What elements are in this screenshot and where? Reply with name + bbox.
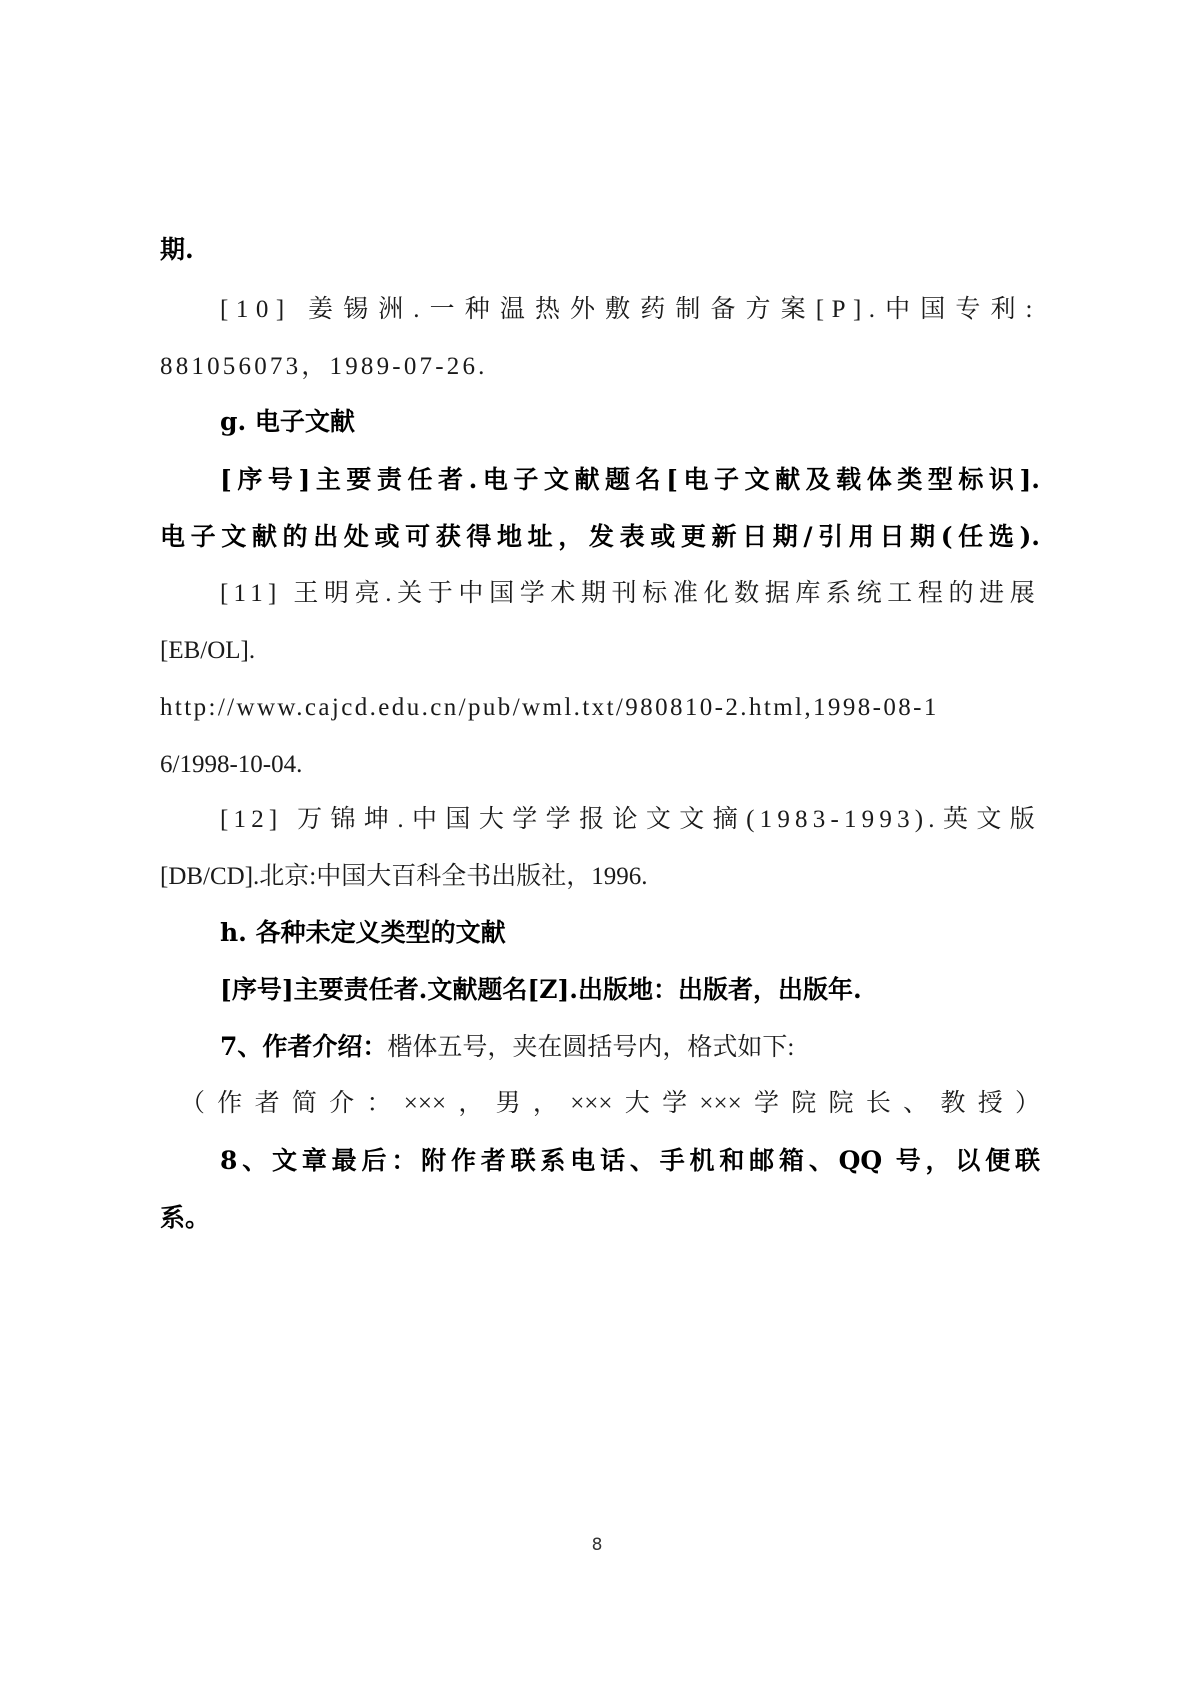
author-intro-text: 楷体五号，夹在圆括号内，格式如下: [387,1034,794,1061]
continuation-line: 期. [160,230,1040,270]
article-end-note-line-1: 8、文章最后：附作者联系电话、手机和邮箱、QQ 号，以便联 [220,1141,1040,1181]
reference-10-line-1: [10] 姜锡洲.一种温热外敷药制备方案[P].中国专利: [220,290,1040,330]
reference-11-line-2: [EB/OL]. [160,631,1040,671]
reference-11-url: http://www.cajcd.edu.cn/pub/wml.txt/9808… [160,688,1040,728]
document-page: 期. [10] 姜锡洲.一种温热外敷药制备方案[P].中国专利: 8810560… [0,0,1190,1683]
reference-11-dates: 6/1998-10-04. [160,745,1040,785]
format-template-undefined: [序号]主要责任者.文献题名[Z].出版地：出版者，出版年. [220,970,1040,1010]
author-intro-line: 7、作者介绍：楷体五号，夹在圆括号内，格式如下: [220,1027,1040,1067]
author-bio-example: （作者简介：×××，男，×××大学×××学院院长、教授） [180,1084,1040,1124]
reference-11-line-1: [11] 王明亮.关于中国学术期刊标准化数据库系统工程的进展 [220,574,1040,614]
reference-10-line-2: 881056073，1989-07-26. [160,347,1040,387]
section-heading-g: g. 电子文献 [220,402,1040,442]
section-heading-h: h. 各种未定义类型的文献 [220,913,1040,953]
page-number: 8 [585,1533,609,1557]
format-template-electronic-line-2: 电子文献的出处或可获得地址，发表或更新日期/引用日期(任选). [160,517,1040,557]
author-intro-label: 7、作者介绍： [220,1032,387,1061]
reference-12-line-2: [DB/CD].北京:中国大百科全书出版社，1996. [160,857,1040,897]
reference-12-line-1: [12] 万锦坤.中国大学学报论文文摘(1983-1993).英文版 [220,800,1040,840]
article-end-note-line-2: 系。 [160,1198,1040,1238]
format-template-electronic-line-1: [序号]主要责任者.电子文献题名[电子文献及载体类型标识]. [220,460,1040,500]
